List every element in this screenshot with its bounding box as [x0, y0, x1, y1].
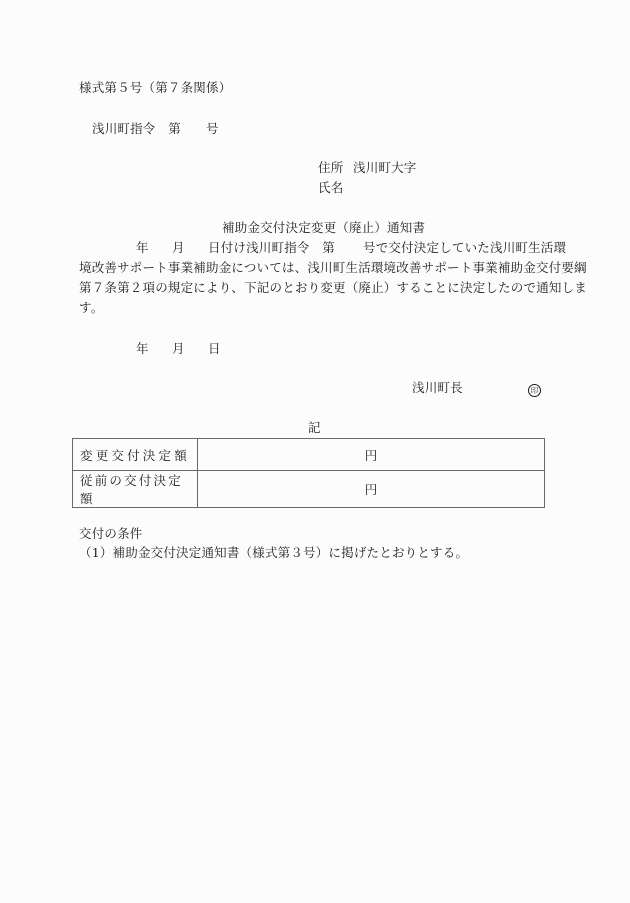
name-label: 氏名: [318, 181, 343, 195]
body-line2: 境改善サポート事業補助金については、浅川町生活環境改善サポート事業補助金交付要綱: [79, 261, 587, 275]
amount-table: 変更交付決定額 円 従前の交付決定額 円: [72, 438, 545, 508]
row-value: 円: [198, 471, 545, 508]
seal-icon: 印: [528, 384, 541, 397]
address-value: 浅川町大字: [353, 161, 417, 175]
body-month: 月: [172, 241, 185, 255]
date-year: 年: [136, 342, 149, 356]
body-year: 年: [136, 241, 149, 255]
table-row: 変更交付決定額 円: [73, 439, 545, 471]
directive-prefix: 浅川町指令 第: [92, 122, 181, 136]
date-day: 日: [208, 342, 221, 356]
form-number: 様式第５号（第７条関係）: [79, 81, 231, 95]
table-row: 従前の交付決定額 円: [73, 471, 545, 508]
document-title: 補助金交付決定変更（廃止）通知書: [222, 221, 425, 235]
body-line1-b: 号で交付決定していた浅川町生活環: [363, 241, 566, 255]
body-line3: 第７条第２項の規定により、下記のとおり変更（廃止）することに決定したので通知しま: [79, 281, 587, 295]
condition-item: （1）補助金交付決定通知書（様式第３号）に掲げたとおりとする。: [79, 546, 468, 560]
seal-mark: 印: [528, 382, 541, 397]
row-label: 従前の交付決定額: [73, 471, 198, 508]
issuer-title: 浅川町長: [412, 381, 463, 395]
ki-heading: 記: [308, 421, 321, 435]
body-line4: す。: [79, 301, 103, 315]
conditions-heading: 交付の条件: [79, 527, 143, 541]
row-value: 円: [198, 439, 545, 471]
row-label: 変更交付決定額: [73, 439, 198, 471]
date-month: 月: [172, 342, 185, 356]
body-line1-a: 日付け浅川町指令 第: [208, 241, 335, 255]
address-label: 住所: [318, 161, 343, 175]
directive-suffix: 号: [206, 122, 219, 136]
